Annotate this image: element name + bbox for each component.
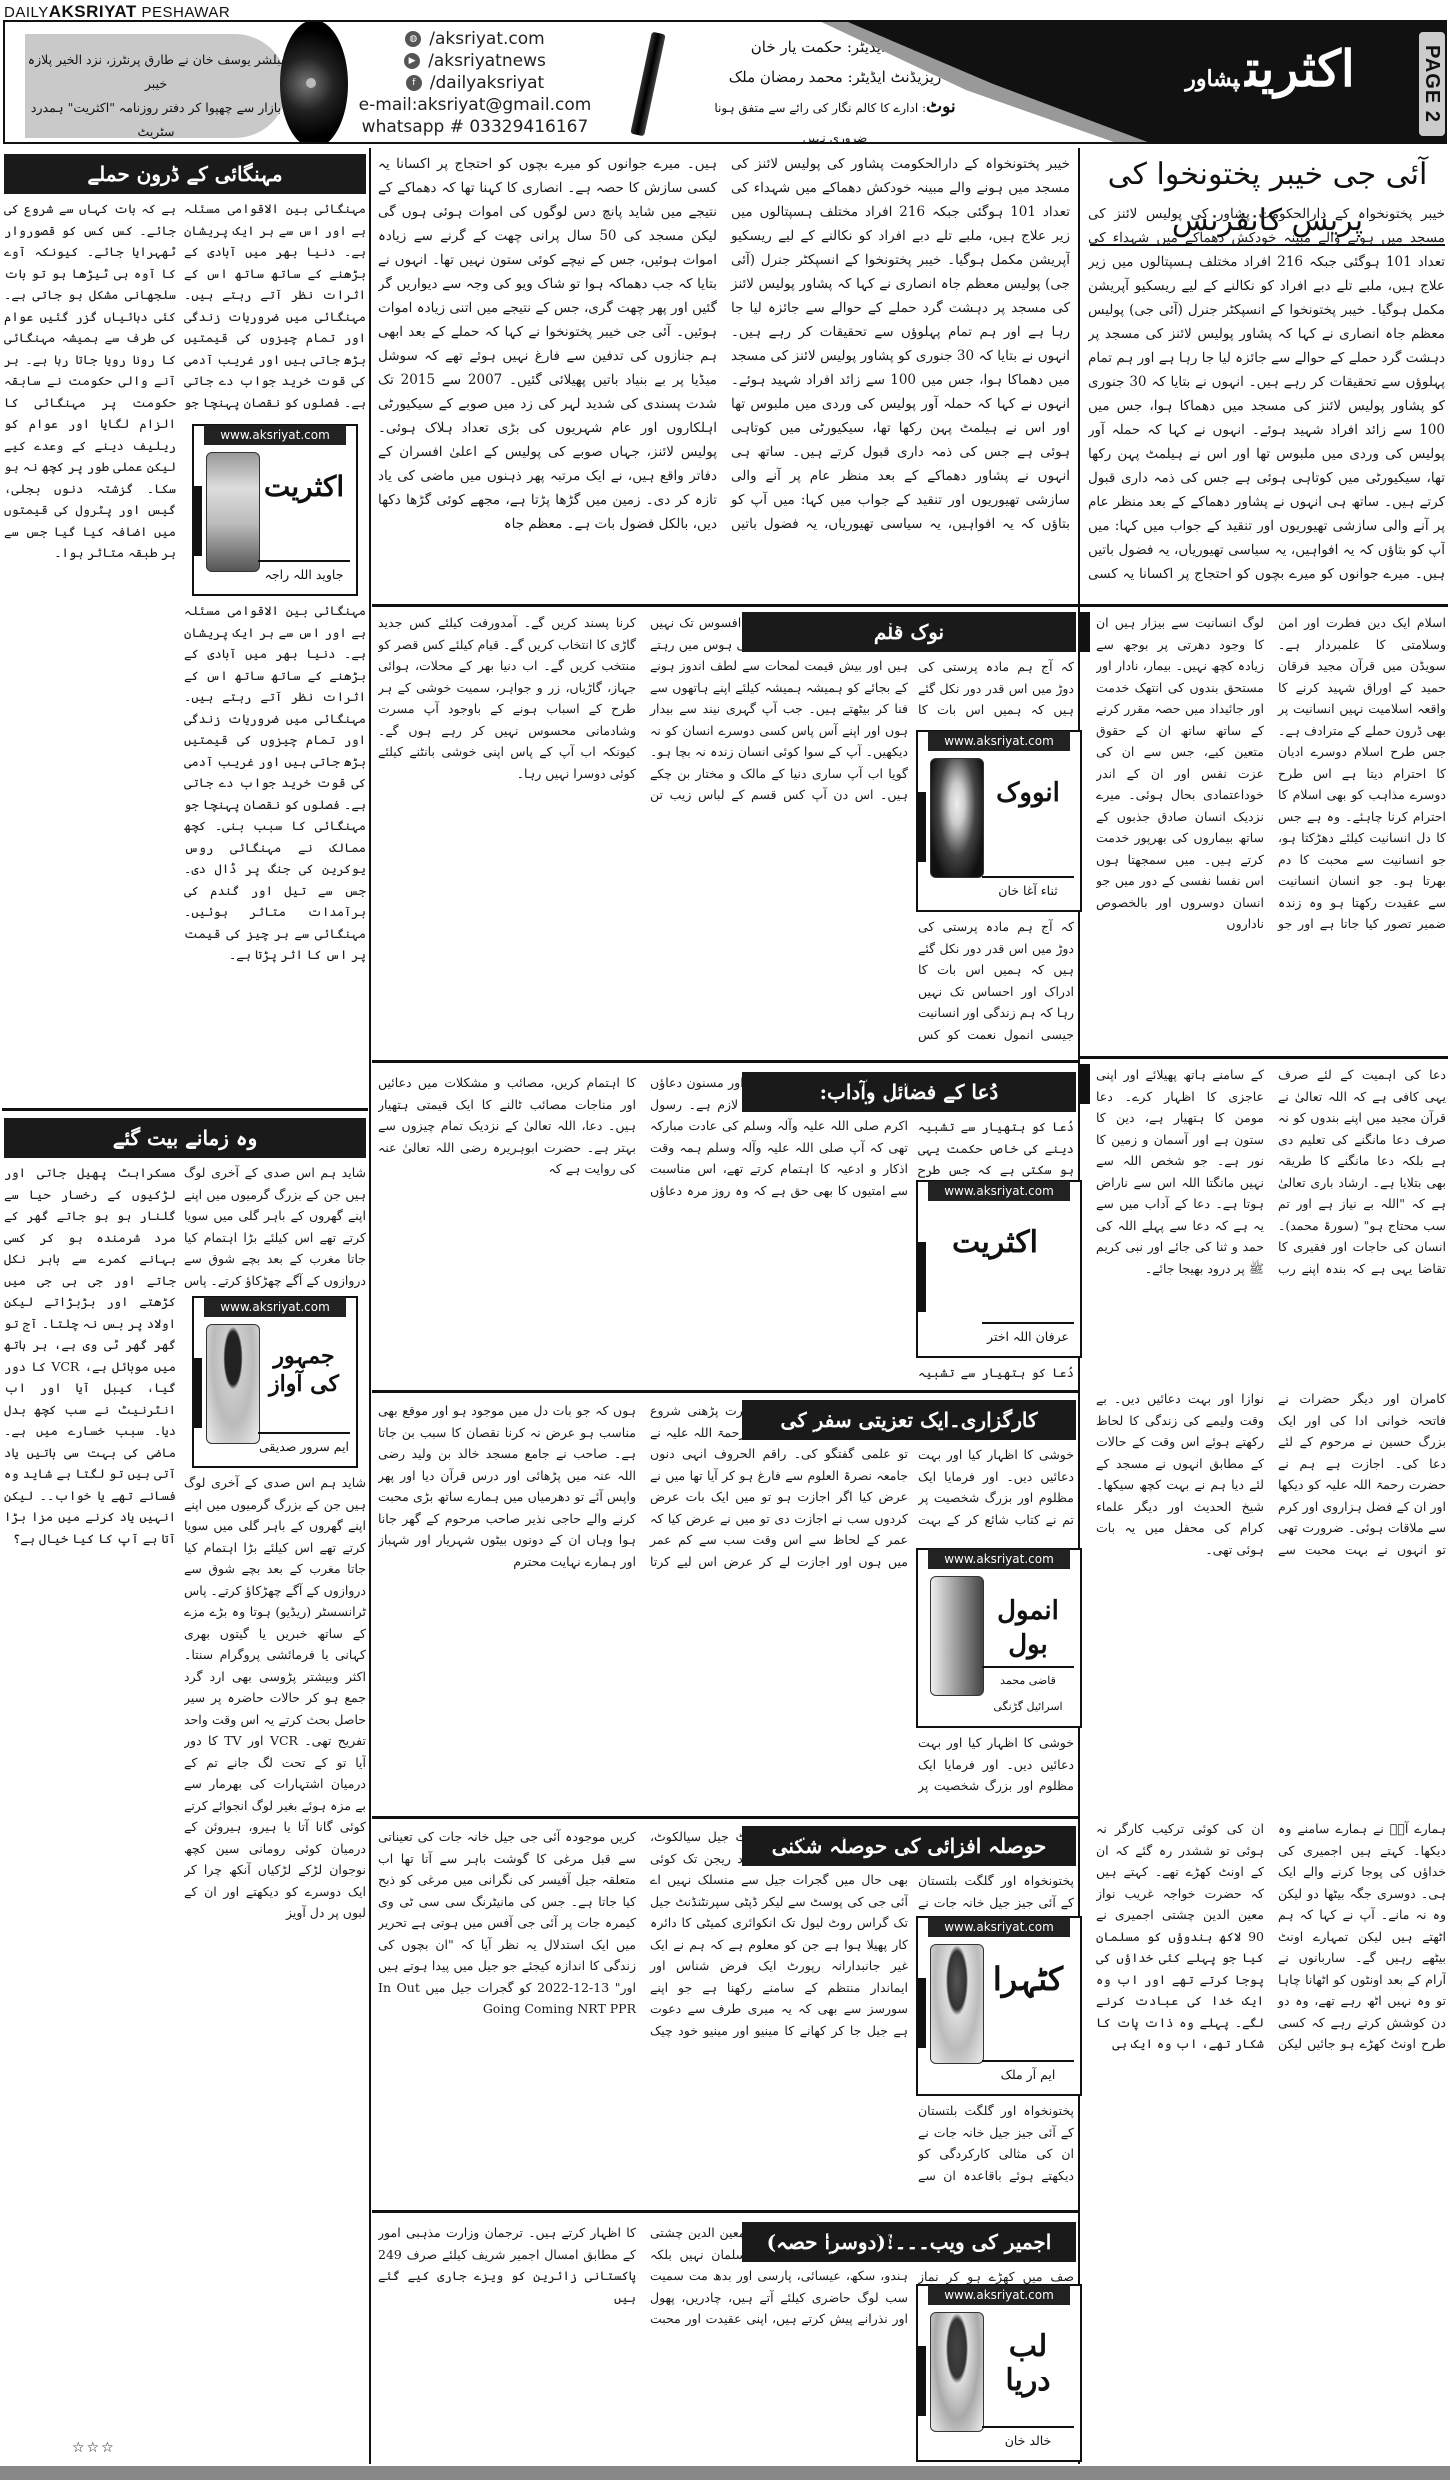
column-title: کٹہرا bbox=[984, 1962, 1072, 1996]
column-title: انمول بول bbox=[984, 1594, 1072, 1662]
website-url: www.aksriyat.com bbox=[928, 2285, 1070, 2305]
article-body: خوشی کا اظہار کیا اور بہت دعائیں دیں۔ او… bbox=[918, 1444, 1074, 1550]
publisher-imprint: پبلشر یوسف خان نے طارق پرنٹرز، نزد الخیر… bbox=[25, 34, 287, 138]
columnist-name: جاوید اللہ راجہ bbox=[258, 560, 350, 588]
contact-block: ◍/aksriyat.com ▶/aksriyatnews f/dailyaks… bbox=[340, 28, 610, 138]
section-divider bbox=[1080, 1056, 1448, 1059]
newspaper-logo: اکثریتپشاور روزنامہ bbox=[1155, 34, 1385, 114]
columnist-photo bbox=[930, 2312, 984, 2432]
columnist-name: خالد خان bbox=[982, 2426, 1074, 2454]
article-body-left: ہے کہ بات کہاں سے شروع کی جائے۔ کس کس کو… bbox=[4, 198, 176, 1100]
end-of-article-stars: ☆☆☆ bbox=[72, 2440, 116, 2456]
column-band-mehngai: مہنگائی کے ڈرون حملے bbox=[4, 154, 366, 194]
article-body: مہنگائی بین الاقوامی مسئلہ ہے اور اس سے … bbox=[184, 600, 366, 1100]
footer-bar bbox=[0, 2466, 1450, 2480]
columnist-card: www.aksriyat.com اکثریت جاوید اللہ راجہ bbox=[192, 424, 358, 596]
article-body-left: کوئی فضیلت نہیں ہے اور عبارت پڑھنی شروع … bbox=[378, 1400, 908, 1812]
article-body: کہ آج ہم مادہ پرستی کی دوڑ میں اس قدر دو… bbox=[918, 916, 1074, 1056]
section-divider bbox=[372, 1390, 1078, 1393]
title-brand: AKSRIYAT bbox=[49, 2, 137, 21]
column-divider bbox=[369, 148, 371, 2464]
imprint-line: بازار سے چھپوا کر دفتر روزنامہ "اکثریت" … bbox=[25, 96, 287, 144]
facebook-icon: f bbox=[406, 75, 422, 91]
website-url: www.aksriyat.com bbox=[928, 1917, 1070, 1937]
article-body: پختونخواہ اور گلگت بلتستان کے آئی جیز جی… bbox=[918, 1870, 1074, 1916]
columnist-card: www.aksriyat.com جمہور کی آواز ایم سرور … bbox=[192, 1296, 358, 1468]
website-url: www.aksriyat.com bbox=[928, 1181, 1070, 1201]
columnist-name: ثناء آغا خان bbox=[982, 876, 1074, 904]
article-body: کہ آج ہم مادہ پرستی کی دوڑ میں اس قدر دو… bbox=[918, 656, 1074, 732]
columnist-photo bbox=[206, 452, 260, 572]
section-divider bbox=[372, 1060, 1078, 1063]
globe-icon: ◍ bbox=[405, 31, 421, 47]
masthead: پبلشر یوسف خان نے طارق پرنٹرز، نزد الخیر… bbox=[3, 20, 1447, 144]
column-title: اکثریت bbox=[940, 1226, 1050, 1260]
column-title: جمہور کی آواز bbox=[260, 1342, 348, 1398]
column-title: اکثریت bbox=[260, 470, 348, 504]
columnist-name: ایم آر ملک bbox=[982, 2060, 1074, 2088]
article-body: دُعا کو ہتھیار سے تشبیہ دینے کی خاص حکمت… bbox=[918, 1362, 1074, 1386]
social-link-website[interactable]: ◍/aksriyat.com bbox=[340, 28, 610, 50]
disclaimer-note: نوٹ: ادارے کا کالم نگار کی رائے سے متفق … bbox=[695, 92, 975, 144]
column-band-wo-zamane: وہ زمانے بیت گئے bbox=[4, 1118, 366, 1158]
band-fragment bbox=[1080, 612, 1090, 652]
page-number-badge: PAGE 2 bbox=[1417, 30, 1447, 138]
article-body-left: دیا ہے، اس اعتبار سے دعا کرنا اور مسنون … bbox=[378, 1072, 908, 1386]
imprint-line: پبلشر یوسف خان نے طارق پرنٹرز، نزد الخیر… bbox=[25, 48, 287, 96]
lead-body-right: خیبر پختونخواہ کے دارالحکومت پشاور کی پو… bbox=[1088, 202, 1445, 598]
social-link-facebook[interactable]: f/dailyaksriyat bbox=[340, 72, 610, 94]
website-url: www.aksriyat.com bbox=[928, 1549, 1070, 1569]
title-city: PESHAWAR bbox=[142, 4, 231, 21]
columnist-photo bbox=[930, 758, 984, 878]
band-fragment bbox=[1080, 1064, 1090, 1104]
columnist-photo bbox=[930, 1576, 984, 1696]
column-title: لب دریا bbox=[984, 2330, 1072, 2398]
columnist-card: www.aksriyat.com انمول بول قاضی محمد اسر… bbox=[916, 1548, 1082, 1728]
article-body: دُعا کو ہتھیار سے تشبیہ دینے کی خاص حکمت… bbox=[918, 1116, 1074, 1182]
lead-body-continued: خیبر پختونخواہ کے دارالحکومت پشاور کی پو… bbox=[378, 152, 1070, 598]
columnist-name: قاضی محمد اسرائیل گڑنگی bbox=[982, 1666, 1074, 1720]
youtube-icon: ▶ bbox=[404, 53, 420, 69]
website-url: www.aksriyat.com bbox=[928, 731, 1070, 751]
section-divider bbox=[372, 604, 1448, 607]
section-divider bbox=[2, 1108, 368, 1111]
article-body-left: مسکراہٹ پھیل جاتی اور لڑکیوں کے رخسار حی… bbox=[4, 1162, 176, 2432]
disc-ornament-icon bbox=[280, 20, 348, 144]
columnist-photo bbox=[930, 1944, 984, 2064]
section-divider bbox=[372, 2210, 1078, 2213]
article-insaniyat-body: اسلام ایک دین فطرت اور امن وسلامتی کا عل… bbox=[1096, 612, 1446, 1016]
newspaper-title-line: DAILYAKSRIYAT PESHAWAR bbox=[4, 2, 230, 22]
article-body-left: میں حضرت خواجہ غریب نواز معین الدین چشتی… bbox=[378, 2222, 908, 2462]
whatsapp-number: whatsapp # 03329416167 bbox=[340, 116, 610, 138]
email-link[interactable]: e-mail:aksriyat@gmail.com bbox=[340, 94, 610, 116]
article-body: خوشی کا اظہار کیا اور بہت دعائیں دیں۔ او… bbox=[918, 1732, 1074, 1812]
columnist-name: عرفان اللہ اختر bbox=[982, 1322, 1074, 1350]
article-body: مہنگائی بین الاقوامی مسئلہ ہے اور اس سے … bbox=[184, 198, 366, 420]
website-url: www.aksriyat.com bbox=[204, 1297, 346, 1317]
article-body: شاید ہم اس صدی کے آخری لوگ ہیں جن کے بزر… bbox=[184, 1162, 366, 1292]
pen-icon bbox=[630, 32, 665, 137]
website-url: www.aksriyat.com bbox=[204, 425, 346, 445]
article-body: شاید ہم اس صدی کے آخری لوگ ہیں جن کے بزر… bbox=[184, 1472, 366, 2462]
article-dua-continued: دعا کی اہمیت کے لئے صرف یہی کافی ہے کہ ا… bbox=[1096, 1064, 1446, 1382]
columnist-card: www.aksriyat.com انووک ثناء آغا خان bbox=[916, 730, 1082, 912]
columnist-card: www.aksriyat.com اکثریت عرفان اللہ اختر bbox=[916, 1180, 1082, 1358]
social-link-youtube[interactable]: ▶/aksriyatnews bbox=[340, 50, 610, 72]
title-prefix: DAILY bbox=[4, 4, 49, 21]
article-kargozari-continued: کامران اور دیگر حضرات نے فاتحہ خوانی ادا… bbox=[1096, 1388, 1446, 1812]
article-body-left: سپرنٹنڈنٹ جیل اٹک، سپرنٹنڈنٹ جیل سیالکوٹ… bbox=[378, 1826, 908, 2204]
columnist-name: ایم سرور صدیقی bbox=[258, 1432, 350, 1460]
article-body-left: بدصورت اور تلخ بتانے پر ہمیں افسوس تک نہ… bbox=[378, 612, 908, 1056]
columnist-card: www.aksriyat.com لب دریا خالد خان bbox=[916, 2284, 1082, 2462]
column-title: انووک bbox=[984, 776, 1072, 810]
columnist-card: www.aksriyat.com کٹہرا ایم آر ملک bbox=[916, 1916, 1082, 2096]
section-divider bbox=[372, 1816, 1078, 1819]
article-ajmer-continued: ہمارے آپؐ نے ہمارے سامنے وہ دیکھا۔ کہتے … bbox=[1096, 1818, 1446, 2454]
article-body: پختونخواہ اور گلگت بلتستان کے آئی جیز جی… bbox=[918, 2100, 1074, 2200]
columnist-photo bbox=[206, 1324, 260, 1444]
